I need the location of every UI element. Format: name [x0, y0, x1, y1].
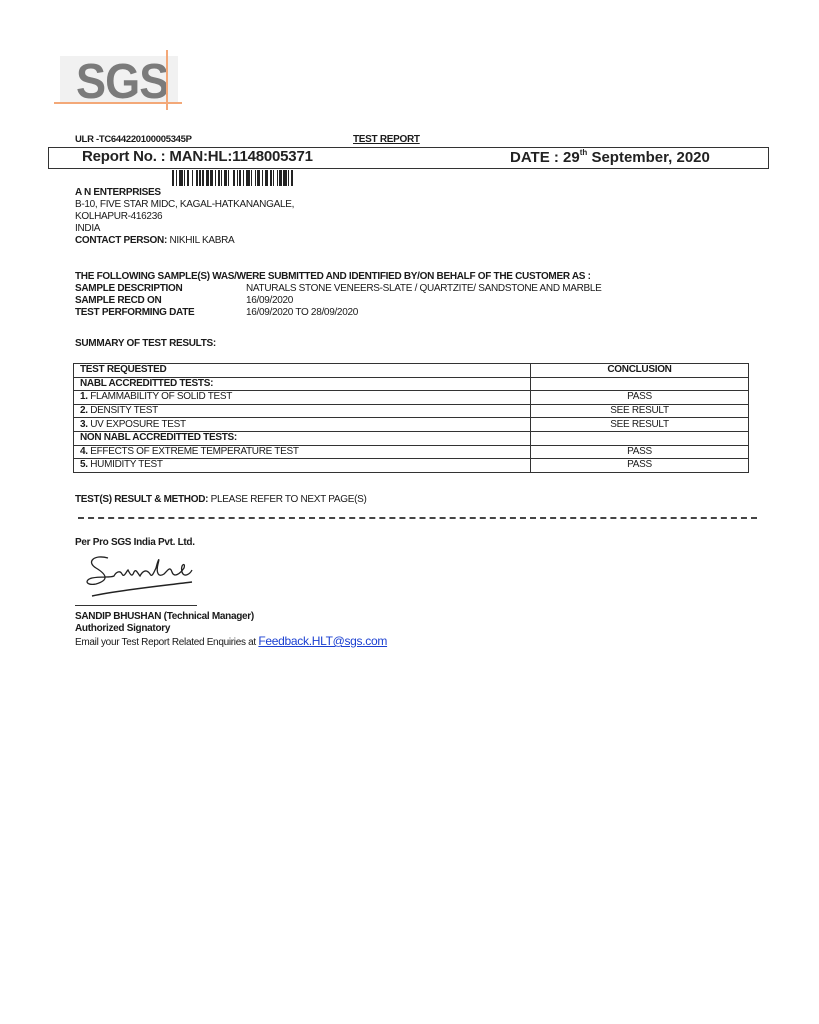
test-group-label: NON NABL ACCREDITTED TESTS:	[74, 431, 531, 445]
table-row: 4. EFFECTS OF EXTREME TEMPERATURE TESTPA…	[74, 445, 749, 459]
table-header-row: TEST REQUESTED CONCLUSION	[74, 364, 749, 378]
table-row: 3. UV EXPOSURE TESTSEE RESULT	[74, 418, 749, 432]
sample-field-label: TEST PERFORMING DATE	[75, 307, 246, 319]
customer-name: A N ENTERPRISES	[75, 187, 294, 199]
test-number: 4.	[80, 446, 88, 457]
test-name: 5. HUMIDITY TEST	[74, 459, 531, 473]
contact-label: CONTACT PERSON:	[75, 235, 167, 246]
test-name: 1. FLAMMABILITY OF SOLID TEST	[74, 391, 531, 405]
signature-image	[80, 550, 200, 600]
test-conclusion: SEE RESULT	[531, 418, 749, 432]
report-date-day: DATE : 29	[510, 149, 580, 166]
sample-field-value: 16/09/2020 TO 28/09/2020	[246, 307, 358, 319]
column-header-conclusion: CONCLUSION	[531, 364, 749, 378]
contact-person: CONTACT PERSON: NIKHIL KABRA	[75, 235, 294, 247]
dashed-separator	[78, 517, 757, 519]
test-number: 2.	[80, 405, 88, 416]
contact-name: NIKHIL KABRA	[167, 235, 234, 246]
test-name: 4. EFFECTS OF EXTREME TEMPERATURE TEST	[74, 445, 531, 459]
table-group-row: NON NABL ACCREDITTED TESTS:	[74, 431, 749, 445]
test-label: EFFECTS OF EXTREME TEMPERATURE TEST	[88, 446, 299, 457]
sample-field-value: NATURALS STONE VENEERS-SLATE / QUARTZITE…	[246, 283, 602, 295]
sample-field: SAMPLE RECD ON 16/09/2020	[75, 295, 602, 307]
report-date: DATE : 29th September, 2020	[510, 148, 710, 166]
barcode	[172, 170, 335, 186]
test-label: FLAMMABILITY OF SOLID TEST	[88, 391, 232, 402]
sample-field: TEST PERFORMING DATE 16/09/2020 TO 28/09…	[75, 307, 602, 319]
sample-field-label: SAMPLE DESCRIPTION	[75, 283, 246, 295]
ulr-number: ULR -TC644220100005345P	[75, 134, 192, 145]
test-conclusion: PASS	[531, 445, 749, 459]
sample-field: SAMPLE DESCRIPTION NATURALS STONE VENEER…	[75, 283, 602, 295]
test-number: 1.	[80, 391, 88, 402]
logo-text: SGS	[76, 56, 168, 108]
per-pro-line: Per Pro SGS India Pvt. Ltd.	[75, 537, 195, 549]
test-conclusion: PASS	[531, 459, 749, 473]
email-prefix: Email your Test Report Related Enquiries…	[75, 637, 258, 648]
test-conclusion: PASS	[531, 391, 749, 405]
table-group-row: NABL ACCREDITTED TESTS:	[74, 377, 749, 391]
email-line: Email your Test Report Related Enquiries…	[75, 635, 387, 649]
sample-block: THE FOLLOWING SAMPLE(S) WAS/WERE SUBMITT…	[75, 271, 602, 319]
table-row: 1. FLAMMABILITY OF SOLID TESTPASS	[74, 391, 749, 405]
signature-line	[75, 605, 197, 606]
test-conclusion: SEE RESULT	[531, 404, 749, 418]
results-table: TEST REQUESTED CONCLUSION NABL ACCREDITT…	[73, 363, 749, 473]
sample-field-value: 16/09/2020	[246, 295, 293, 307]
test-label: HUMIDITY TEST	[88, 459, 163, 470]
test-name: 2. DENSITY TEST	[74, 404, 531, 418]
test-name: 3. UV EXPOSURE TEST	[74, 418, 531, 432]
table-row: 2. DENSITY TESTSEE RESULT	[74, 404, 749, 418]
table-row: 5. HUMIDITY TESTPASS	[74, 459, 749, 473]
method-note: TEST(S) RESULT & METHOD: PLEASE REFER TO…	[75, 494, 367, 506]
test-number: 5.	[80, 459, 88, 470]
sample-intro: THE FOLLOWING SAMPLE(S) WAS/WERE SUBMITT…	[75, 271, 602, 283]
summary-title: SUMMARY OF TEST RESULTS:	[75, 338, 216, 350]
report-date-month-year: September, 2020	[587, 149, 710, 166]
test-conclusion	[531, 431, 749, 445]
customer-address-line1: B-10, FIVE STAR MIDC, KAGAL-HATKANANGALE…	[75, 199, 294, 211]
logo-horizontal-rule	[54, 102, 182, 104]
document-title: TEST REPORT	[353, 134, 420, 145]
test-group-label: NABL ACCREDITTED TESTS:	[74, 377, 531, 391]
sgs-logo: SGS	[54, 50, 184, 112]
logo-vertical-rule	[166, 50, 168, 110]
signer-name: SANDIP BHUSHAN (Technical Manager)	[75, 611, 387, 623]
sample-field-label: SAMPLE RECD ON	[75, 295, 246, 307]
customer-block: A N ENTERPRISES B-10, FIVE STAR MIDC, KA…	[75, 187, 294, 247]
test-label: DENSITY TEST	[88, 405, 158, 416]
report-number: Report No. : MAN:HL:1148005371	[82, 148, 313, 165]
signer-block: SANDIP BHUSHAN (Technical Manager) Autho…	[75, 611, 387, 649]
column-header-test: TEST REQUESTED	[74, 364, 531, 378]
method-label: TEST(S) RESULT & METHOD:	[75, 494, 208, 505]
test-conclusion	[531, 377, 749, 391]
test-label: UV EXPOSURE TEST	[88, 419, 186, 430]
customer-address-line2: KOLHAPUR-416236	[75, 211, 294, 223]
email-link[interactable]: Feedback.HLT@sgs.com	[258, 634, 387, 648]
method-text: PLEASE REFER TO NEXT PAGE(S)	[208, 494, 366, 505]
customer-country: INDIA	[75, 223, 294, 235]
test-number: 3.	[80, 419, 88, 430]
